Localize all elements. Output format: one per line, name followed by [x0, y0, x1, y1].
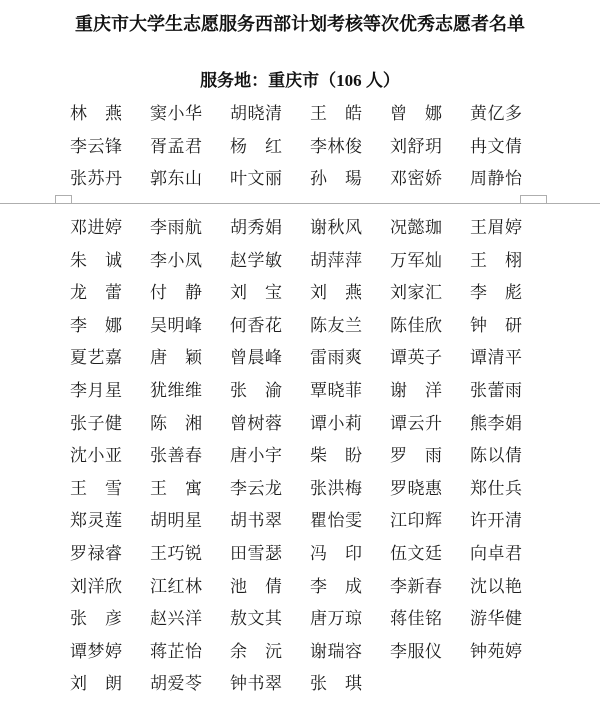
roster-name: 向卓君: [470, 544, 522, 564]
roster-name: 唐颖: [150, 348, 202, 368]
roster-name: 李服仪: [390, 642, 442, 662]
roster-name: 刘朗: [70, 674, 122, 694]
roster-name: 黄亿多: [470, 104, 522, 124]
roster-name: 郑灵莲: [70, 511, 122, 531]
roster-name: 敖文其: [230, 609, 282, 629]
roster-name: 熊李娟: [470, 414, 522, 434]
roster-name: 唐万琼: [310, 609, 362, 629]
roster-name: 张子健: [70, 414, 122, 434]
roster-name: 谭清平: [470, 348, 522, 368]
roster-name: 王眉婷: [470, 218, 522, 238]
roster-name: 胥孟君: [150, 137, 202, 157]
roster-name: 田雪瑟: [230, 544, 282, 564]
roster-name: 李成: [310, 577, 362, 597]
roster-name: 邓进婷: [70, 218, 122, 238]
roster-name: 周静怡: [470, 169, 522, 189]
roster-name: 李小凤: [150, 251, 202, 271]
roster-name: 曾晨峰: [230, 348, 282, 368]
roster-name: 胡秀娟: [230, 218, 282, 238]
document-page: 重庆市大学生志愿服务西部计划考核等次优秀志愿者名单 服务地：重庆市（106 人）…: [0, 0, 600, 720]
roster-name: 况懿珈: [390, 218, 442, 238]
roster-name: 犹维维: [150, 381, 202, 401]
roster-name: 谭小莉: [310, 414, 362, 434]
roster-name: 林燕: [70, 104, 122, 124]
roster-name: 罗晓惠: [390, 479, 442, 499]
roster-name: 胡晓清: [230, 104, 282, 124]
roster-name: 钟书翠: [230, 674, 282, 694]
roster-name: 叶文丽: [230, 169, 282, 189]
roster-name: 罗禄睿: [70, 544, 122, 564]
roster-name: 万军灿: [390, 251, 442, 271]
roster-name: 李彪: [470, 283, 522, 303]
roster-name: 雷雨爽: [310, 348, 362, 368]
page-margin-mark-right: [520, 195, 547, 204]
roster-name: 赵兴洋: [150, 609, 202, 629]
roster-name: 罗雨: [390, 446, 442, 466]
roster-name: 张苏丹: [70, 169, 122, 189]
roster-name: 谭英子: [390, 348, 442, 368]
roster-name: 江红林: [150, 577, 202, 597]
roster-name: 沈以艳: [470, 577, 522, 597]
page-margin-mark-left: [55, 195, 72, 204]
roster-name: 谢瑞容: [310, 642, 362, 662]
roster-name: 李云龙: [230, 479, 282, 499]
roster-name: 柴盼: [310, 446, 362, 466]
roster-name: 伍文廷: [390, 544, 442, 564]
roster-name: 胡萍萍: [310, 251, 362, 271]
roster-name: 覃晓菲: [310, 381, 362, 401]
roster-name: 余沅: [230, 642, 282, 662]
roster-name: 王寓: [150, 479, 202, 499]
roster-name: 胡明星: [150, 511, 202, 531]
roster-name: 王皓: [310, 104, 362, 124]
page-title: 重庆市大学生志愿服务西部计划考核等次优秀志愿者名单: [0, 10, 600, 36]
roster-name: 窦小华: [150, 104, 202, 124]
roster-name: 陈以倩: [470, 446, 522, 466]
roster-name: 付静: [150, 283, 202, 303]
roster-name: 李雨航: [150, 218, 202, 238]
roster-name: 李云锋: [70, 137, 122, 157]
roster-name: 王巧锐: [150, 544, 202, 564]
roster-name: 朱诚: [70, 251, 122, 271]
roster-name: 唐小宇: [230, 446, 282, 466]
roster-name: 李娜: [70, 316, 122, 336]
roster-name: 陈佳欣: [390, 316, 442, 336]
roster-name: 郑仕兵: [470, 479, 522, 499]
roster-name: 吴明峰: [150, 316, 202, 336]
roster-name: 李新春: [390, 577, 442, 597]
roster-name: 张蕾雨: [470, 381, 522, 401]
page-break-line: [0, 203, 600, 204]
roster-name: 江印辉: [390, 511, 442, 531]
roster-name: 游华健: [470, 609, 522, 629]
roster-name: 许开清: [470, 511, 522, 531]
roster-name: 郭东山: [150, 169, 202, 189]
roster-block-page2: 邓进婷李雨航胡秀娟谢秋风况懿珈王眉婷朱诚李小凤赵学敏胡萍萍万军灿王栩龙蕾付静刘宝…: [70, 218, 522, 694]
roster-name: 冉文倩: [470, 137, 522, 157]
roster-name: 孙瑒: [310, 169, 362, 189]
roster-name: 胡爱苓: [150, 674, 202, 694]
roster-name: 张洪梅: [310, 479, 362, 499]
roster-name: 李林俊: [310, 137, 362, 157]
roster-name: 邓密娇: [390, 169, 442, 189]
roster-name: 瞿怡雯: [310, 511, 362, 531]
roster-name: 陈湘: [150, 414, 202, 434]
roster-name: 谭梦婷: [70, 642, 122, 662]
roster-name: 钟研: [470, 316, 522, 336]
roster-name: 谢洋: [390, 381, 442, 401]
roster-name: 夏艺嘉: [70, 348, 122, 368]
roster-name: 谢秋风: [310, 218, 362, 238]
roster-name: 冯印: [310, 544, 362, 564]
roster-name: 王雪: [70, 479, 122, 499]
roster-name: 刘舒玥: [390, 137, 442, 157]
roster-name: 蒋佳铭: [390, 609, 442, 629]
roster-name: 赵学敏: [230, 251, 282, 271]
roster-name: 张渝: [230, 381, 282, 401]
roster-name: 陈友兰: [310, 316, 362, 336]
roster-name: 张琪: [310, 674, 362, 694]
roster-name: 刘宝: [230, 283, 282, 303]
roster-name: 何香花: [230, 316, 282, 336]
roster-name: 杨红: [230, 137, 282, 157]
roster-name: 龙蕾: [70, 283, 122, 303]
roster-name: 张彦: [70, 609, 122, 629]
roster-name: 谭云升: [390, 414, 442, 434]
page-subtitle: 服务地：重庆市（106 人）: [0, 66, 600, 91]
roster-name: 蒋芷怡: [150, 642, 202, 662]
roster-name: 钟苑婷: [470, 642, 522, 662]
roster-name: 胡书翠: [230, 511, 282, 531]
roster-name: 池倩: [230, 577, 282, 597]
roster-name: 张善春: [150, 446, 202, 466]
roster-name: 刘家汇: [390, 283, 442, 303]
roster-name: 沈小亚: [70, 446, 122, 466]
roster-name: 王栩: [470, 251, 522, 271]
roster-block-page1: 林燕窦小华胡晓清王皓曾娜黄亿多李云锋胥孟君杨红李林俊刘舒玥冉文倩张苏丹郭东山叶文…: [70, 104, 522, 189]
roster-name: 刘燕: [310, 283, 362, 303]
roster-name: 曾娜: [390, 104, 442, 124]
roster-name: 曾树蓉: [230, 414, 282, 434]
roster-name: 刘洋欣: [70, 577, 122, 597]
roster-name: 李月星: [70, 381, 122, 401]
